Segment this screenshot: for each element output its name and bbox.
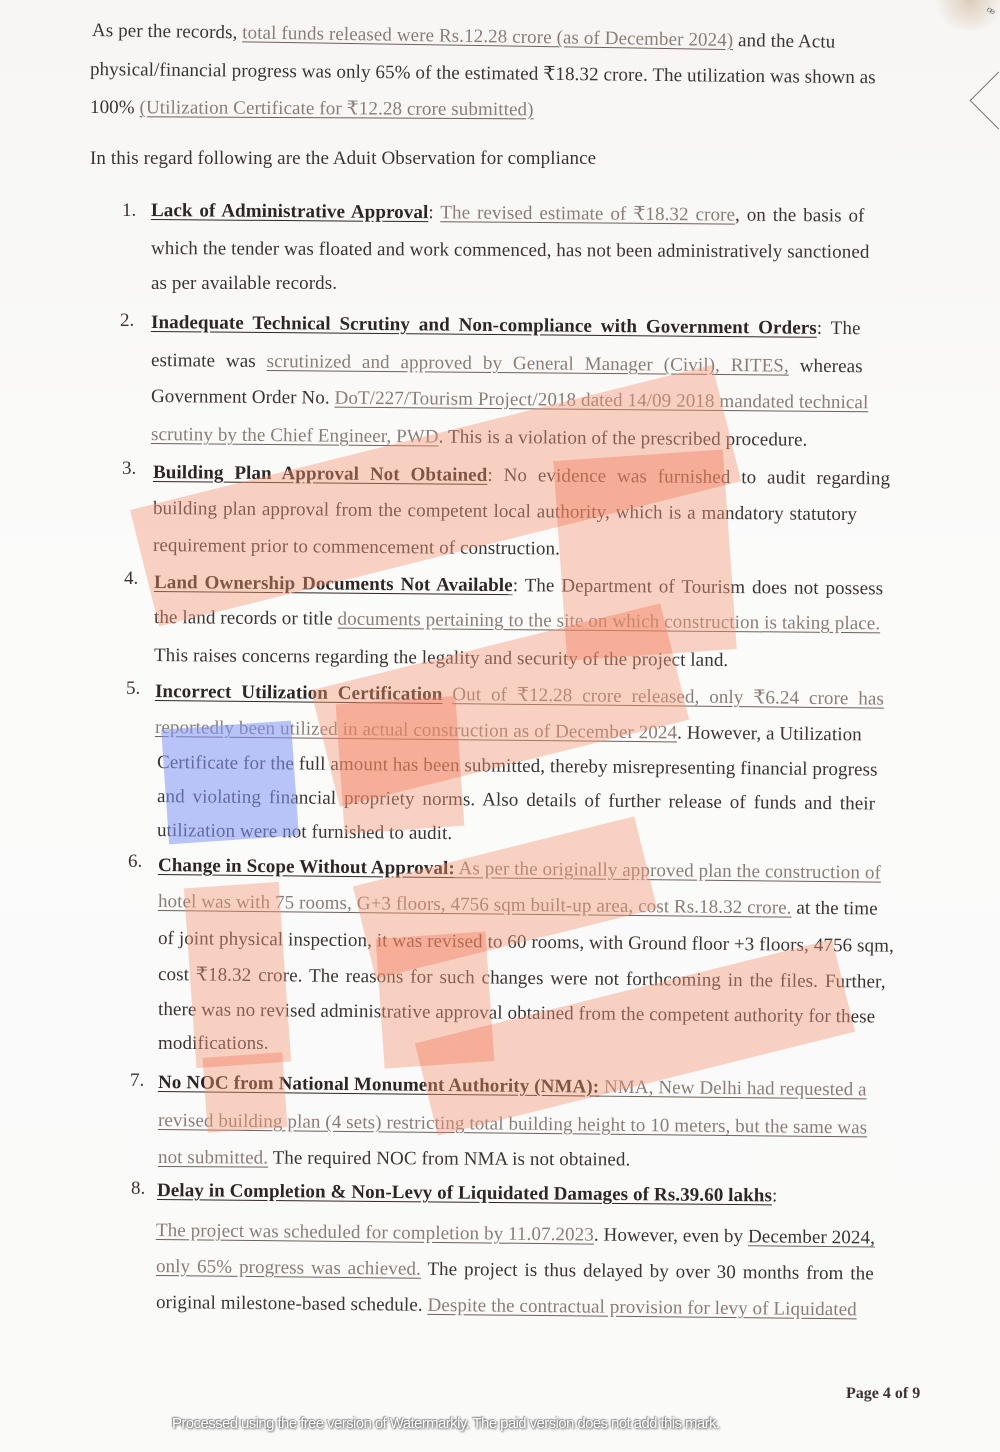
- observation-heading: No NOC from National Monument Authority …: [158, 1072, 599, 1098]
- observation-text: utilization were not furnished to audit.: [157, 820, 452, 844]
- observation-text: whereas: [789, 356, 863, 378]
- observation-number: 3.: [122, 458, 136, 480]
- observation-4-line-3: This raises concerns regarding the legal…: [154, 645, 729, 672]
- observation-highlight: scrutinized and approved by General Mana…: [267, 351, 789, 377]
- observation-heading: Delay in Completion & Non-Levy of Liquid…: [157, 1180, 772, 1206]
- observation-6-line-6: modifications.: [158, 1033, 269, 1055]
- observation-6-line-4: cost ₹18.32 crore. The reasons for such …: [158, 963, 886, 994]
- observation-4-line-1: Land Ownership Documents Not Available: …: [154, 572, 883, 600]
- observation-6-line-5: there was no revised administrative appr…: [158, 999, 875, 1029]
- observation-heading: Building Plan Approval Not Obtained: [153, 462, 488, 486]
- observation-highlight: DoT/227/Tourism Project/2018 dated 14/09…: [335, 388, 869, 414]
- observation-heading: Change in Scope Without Approval:: [158, 855, 455, 879]
- observation-3-line-1: Building Plan Approval Not Obtained: No …: [153, 462, 890, 490]
- observation-text: modifications.: [158, 1033, 269, 1054]
- observation-text: . However, a Utilization: [677, 722, 862, 745]
- observation-heading: Lack of Administrative Approval: [151, 200, 429, 223]
- observation-number: 7.: [130, 1070, 144, 1092]
- observation-8-line-4: original milestone-based schedule. Despi…: [156, 1292, 857, 1321]
- observation-7-line-1: No NOC from National Monument Authority …: [158, 1072, 867, 1101]
- observation-text: Certificate for the full amount has been…: [157, 752, 878, 781]
- observation-highlight: hotel was with 75 rooms, G+3 floors, 475…: [158, 891, 792, 919]
- observation-text: : The: [817, 318, 861, 339]
- observation-highlight: reportedly been utilized in actual const…: [155, 717, 677, 743]
- lead-text: In this regard following are the Aduit O…: [90, 148, 596, 169]
- intro-line-2: physical/financial progress was only 65%…: [90, 58, 876, 89]
- observation-highlight: Out of ₹12.28 crore released, only ₹6.24…: [452, 684, 884, 710]
- observation-text: of joint physical inspection, it was rev…: [158, 928, 894, 957]
- observation-text: cost ₹18.32 crore. The reasons for such …: [158, 964, 886, 993]
- observation-highlight: only 65% progress was achieved.: [156, 1256, 421, 1280]
- observation-text: there was no revised administrative appr…: [158, 999, 875, 1028]
- observation-text: : No evidence was furnished to audit reg…: [487, 465, 890, 490]
- observation-8-line-1: Delay in Completion & Non-Levy of Liquid…: [157, 1180, 778, 1207]
- observation-2-line-4: scrutiny by the Chief Engineer, PWD. Thi…: [151, 424, 808, 452]
- observation-6-line-3: of joint physical inspection, it was rev…: [158, 928, 894, 958]
- observation-number: 4.: [124, 568, 138, 590]
- observation-5-line-1: Incorrect Utilization Certification Out …: [155, 680, 884, 711]
- observation-highlight: The project was scheduled for completion…: [156, 1220, 594, 1246]
- observation-8-line-2: The project was scheduled for completion…: [156, 1220, 875, 1250]
- intro-text: physical/financial progress was only 65%…: [90, 59, 876, 88]
- intro-line-1: As per the records, total funds released…: [92, 20, 836, 54]
- observation-heading: Inadequate Technical Scrutiny and Non-co…: [151, 312, 817, 339]
- intro-line-3: 100% (Utilization Certificate for ₹12.28…: [90, 96, 534, 121]
- observation-text: Government Order No.: [151, 386, 335, 409]
- observation-1-line-1: Lack of Administrative Approval: The rev…: [151, 199, 865, 228]
- observation-7-line-3: not submitted. The required NOC from NMA…: [158, 1147, 630, 1171]
- observation-highlight: December 2024,: [748, 1226, 875, 1248]
- observation-text: This raises concerns regarding the legal…: [154, 645, 729, 671]
- intro-highlight: total funds released were Rs.12.28 crore…: [242, 22, 733, 51]
- observation-6-line-2: hotel was with 75 rooms, G+3 floors, 475…: [158, 891, 878, 921]
- observation-text: original milestone-based schedule.: [156, 1292, 428, 1316]
- lead-sentence: In this regard following are the Aduit O…: [90, 148, 596, 170]
- observation-1-line-2: which the tender was floated and work co…: [151, 238, 870, 264]
- observation-text: The project is thus delayed by over 30 m…: [421, 1259, 874, 1285]
- observation-text: :: [772, 1185, 778, 1206]
- observation-text: building plan approval from the competen…: [153, 498, 857, 525]
- page-number: Page 4 of 9: [846, 1385, 920, 1403]
- observation-number: 5.: [126, 678, 140, 700]
- observation-text: estimate was: [151, 350, 267, 372]
- observation-text: . However, even by: [594, 1225, 748, 1248]
- observation-text: , on the basis of: [735, 205, 865, 227]
- observation-number: 1.: [122, 200, 136, 222]
- intro-text: As per the records,: [92, 20, 243, 43]
- intro-highlight: (Utilization Certificate for ₹12.28 cror…: [140, 97, 534, 120]
- observation-5-line-3: Certificate for the full amount has been…: [157, 752, 878, 782]
- observation-number: 6.: [128, 851, 142, 873]
- document-text: As per the records, total funds released…: [0, 0, 1000, 1452]
- observation-highlight: The revised estimate of ₹18.32 crore: [440, 202, 735, 225]
- observation-highlight: not submitted.: [158, 1147, 268, 1169]
- observation-highlight: revised building plan (4 sets) restricti…: [158, 1110, 867, 1138]
- intro-text: and the Actu: [733, 30, 835, 53]
- observation-text: . This is a violation of the prescribed …: [439, 427, 808, 451]
- observation-5-line-2: reportedly been utilized in actual const…: [155, 717, 862, 746]
- observation-text: : The Department of Tourism does not pos…: [513, 575, 884, 599]
- watermark-notice: Processed using the free version of Wate…: [172, 1415, 719, 1432]
- observation-2-line-3: Government Order No. DoT/227/Tourism Pro…: [151, 386, 869, 414]
- observation-highlight: NMA, New Delhi had requested a: [599, 1077, 867, 1101]
- observation-heading: Land Ownership Documents Not Available: [154, 572, 513, 596]
- observation-8-line-3: only 65% progress was achieved. The proj…: [156, 1256, 874, 1286]
- observation-highlight: Despite the contractual provision for le…: [427, 1295, 856, 1320]
- observation-1-line-3: as per available records.: [151, 273, 337, 295]
- observation-5-line-5: utilization were not furnished to audit.: [157, 820, 452, 845]
- separator: :: [428, 202, 440, 223]
- document-page: ꟹ As per the records, total funds releas…: [0, 0, 1000, 1452]
- observation-7-line-2: revised building plan (4 sets) restricti…: [158, 1110, 867, 1139]
- observation-text: the land records or title: [154, 607, 338, 630]
- intro-text: 100%: [90, 97, 140, 118]
- observation-number: 2.: [120, 310, 134, 332]
- observation-3-line-3: requirement prior to commencement of con…: [153, 535, 560, 561]
- observation-text: at the time: [791, 898, 877, 920]
- observation-highlight: documents pertaining to the site on whic…: [337, 609, 880, 635]
- observation-2-line-2: estimate was scrutinized and approved by…: [151, 350, 863, 378]
- observation-text: The required NOC from NMA is not obtaine…: [268, 1148, 630, 1171]
- observation-3-line-2: building plan approval from the competen…: [153, 498, 857, 526]
- observation-heading: Incorrect Utilization Certification: [155, 681, 443, 705]
- observation-highlight: scrutiny by the Chief Engineer, PWD: [151, 424, 439, 448]
- observation-4-line-2: the land records or title documents pert…: [154, 607, 880, 635]
- observation-highlight: As per the originally approved plan the …: [455, 858, 881, 883]
- observation-6-line-1: Change in Scope Without Approval: As per…: [158, 855, 881, 885]
- observation-2-line-1: Inadequate Technical Scrutiny and Non-co…: [151, 312, 861, 340]
- observation-5-line-4: and violating financial propriety norms.…: [157, 786, 875, 816]
- observation-number: 8.: [131, 1178, 145, 1200]
- observation-text: as per available records.: [151, 273, 337, 294]
- observation-text: which the tender was floated and work co…: [151, 238, 870, 263]
- observation-text: requirement prior to commencement of con…: [153, 535, 560, 560]
- observation-text: and violating financial propriety norms.…: [157, 786, 875, 815]
